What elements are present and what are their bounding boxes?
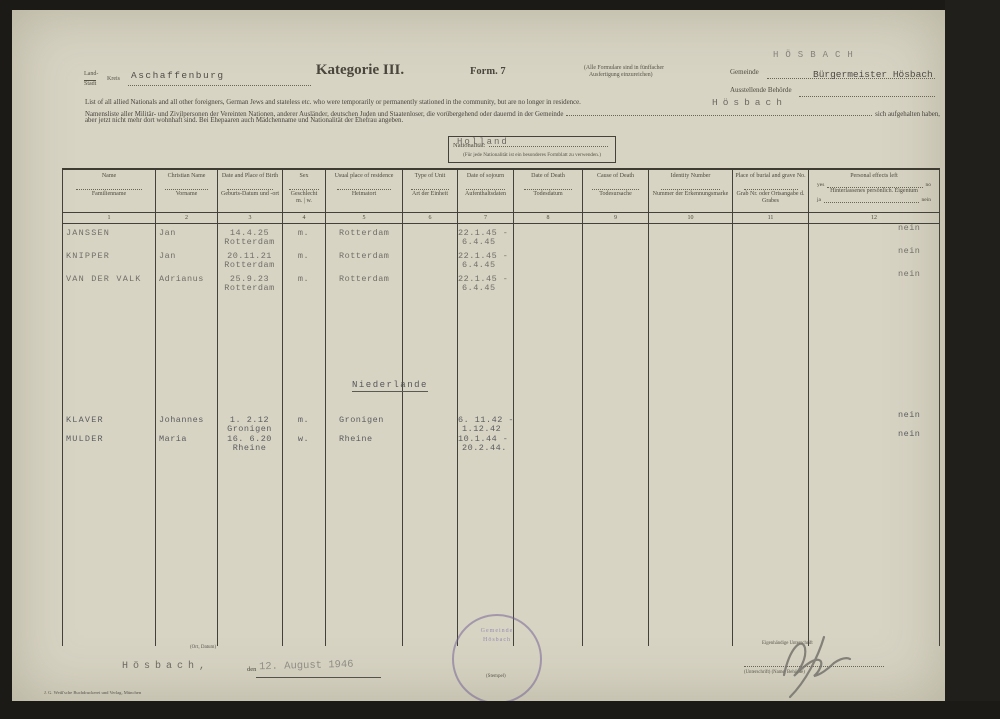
entry-sojourn-to: 6.4.45 <box>462 261 514 270</box>
col12-num: 12 <box>809 213 939 223</box>
entry-residence: Rotterdam <box>339 275 419 284</box>
col10-num: 10 <box>649 213 733 223</box>
col5-de: Heimatort <box>326 191 402 198</box>
entry-residence: Rotterdam <box>339 229 419 238</box>
col9-de: Todesursache <box>583 191 648 198</box>
intro-english: List of all allied Nationals and all oth… <box>85 99 940 106</box>
col12-ja-nein: ja nein <box>809 195 939 203</box>
gemeinde-label: Gemeinde <box>730 68 759 76</box>
entry-sojourn-to: 1.12.42 <box>462 425 514 434</box>
land-label: Land- <box>84 71 98 78</box>
scanned-form-page: Land- Stadt Kreis Aschaffenburg Kategori… <box>0 0 1000 719</box>
col7-num: 7 <box>458 213 514 223</box>
scan-border-top <box>0 0 1000 10</box>
col4-de: Geschlecht <box>283 191 325 198</box>
col-header-10: Identity Number Nummer der Erkennungsmar… <box>649 170 733 212</box>
col1-num: 1 <box>63 213 156 223</box>
column-number-row: 1 2 3 4 5 6 7 8 9 10 11 12 <box>62 212 940 224</box>
entry-sojourn-to: 6.4.45 <box>462 238 514 247</box>
entry-given: Adrianus <box>159 275 215 284</box>
entry-given: Johannes <box>159 416 215 425</box>
entry-given: Jan <box>159 229 215 238</box>
entry-birth-place: Rotterdam <box>217 238 282 247</box>
signature-handwriting <box>772 633 864 699</box>
nationality-value: Holland <box>457 137 509 147</box>
stadt-label: Stadt <box>84 80 96 88</box>
col11-de: Grab Nr. oder Ortsangabe d. Grabes <box>733 191 808 205</box>
ort-datum-label: (Ort, Datum) <box>190 645 216 651</box>
entry-given: Jan <box>159 252 215 261</box>
nationality-note: (Für jede Nationalität ist ein besondere… <box>453 152 611 158</box>
intro-german-part2: sich aufgehalten haben, <box>875 111 940 118</box>
entry-sex: m. <box>282 416 325 425</box>
col-header-4: Sex Geschlecht m. | w. <box>283 170 326 212</box>
col-header-7: Date of sojourn Aufenthaltsdaten <box>458 170 514 212</box>
col12-yes-no: yes no <box>809 180 939 188</box>
scan-border-right <box>945 0 1000 719</box>
col-header-8: Date of Death Todesdatum <box>514 170 583 212</box>
entry-surname: VAN DER VALK <box>66 275 158 284</box>
form-number: Form. 7 <box>470 66 506 77</box>
col11-en: Place of burial and grave No. <box>733 173 808 188</box>
col1-en: Name <box>63 173 155 188</box>
col8-de: Todesdatum <box>514 191 582 198</box>
gemeinde-blank-dotted <box>566 108 872 116</box>
entry-residence: Gronigen <box>339 416 419 425</box>
entry-birth-place: Rotterdam <box>217 261 282 270</box>
scan-border-left <box>0 0 12 719</box>
entry-sojourn-to: 20.2.44. <box>462 444 514 453</box>
stamp-text-line2: Hösbach <box>467 637 527 644</box>
entry-sex: w. <box>282 435 325 444</box>
entry-given: Maria <box>159 435 215 444</box>
entry-sex: m. <box>282 252 325 261</box>
place-value: Hösbach, <box>122 661 210 672</box>
behoerde-dotted-line <box>799 85 935 97</box>
entry-sojourn-to: 6.4.45 <box>462 284 514 293</box>
col4-en: Sex <box>283 173 325 188</box>
entry-effects: nein <box>898 411 934 420</box>
entry-residence: Rheine <box>339 435 419 444</box>
col2-num: 2 <box>156 213 218 223</box>
kreis-value: Aschaffenburg <box>131 70 225 81</box>
col12-nein: nein <box>922 197 931 203</box>
intro-german-line2: aber jetzt nicht mehr dort wohnhaft sind… <box>85 117 403 124</box>
entry-surname: KNIPPER <box>66 252 158 261</box>
stamp-text-line1: Gemeinde <box>467 628 527 635</box>
entry-effects: nein <box>898 430 934 439</box>
entry-effects: nein <box>898 224 934 233</box>
col5-en: Usual place of residence <box>326 173 402 188</box>
entry-residence: Rotterdam <box>339 252 419 261</box>
col10-de: Nummer der Erkennungsmarke <box>649 191 732 198</box>
col-header-11: Place of burial and grave No. Grab Nr. o… <box>733 170 809 212</box>
col-header-3: Date and Place of Birth Geburts-Datum un… <box>218 170 283 212</box>
entry-birth-place: Rheine <box>217 444 282 453</box>
scan-border-bottom <box>0 701 1000 719</box>
entry-effects: nein <box>898 270 934 279</box>
entry-effects: nein <box>898 247 934 256</box>
col2-en: Christian Name <box>156 173 217 188</box>
col-header-1: Name Familienname <box>63 170 156 212</box>
col9-en: Cause of Death <box>583 173 648 188</box>
col3-en: Date and Place of Birth <box>218 173 282 188</box>
printer-imprint: J. G. Weiß'sche Buchdruckerei und Verlag… <box>44 690 141 695</box>
table-header: Name Familienname Christian Name Vorname… <box>62 168 940 212</box>
kreis-label: Kreis <box>107 76 120 83</box>
col7-en: Date of sojourn <box>458 173 513 188</box>
col12-ja: ja <box>817 197 821 203</box>
col-header-5: Usual place of residence Heimatort <box>326 170 403 212</box>
entry-birth-place: Rotterdam <box>217 284 282 293</box>
col9-num: 9 <box>583 213 649 223</box>
col-header-6: Type of Unit Art der Einheit <box>403 170 458 212</box>
entry-birth-place: Gronigen <box>217 425 282 434</box>
stempel-label: (Stempel) <box>486 674 506 680</box>
col1-de: Familienname <box>63 191 155 198</box>
entry-surname: JANSSEN <box>66 229 158 238</box>
col7-de: Aufenthaltsdaten <box>458 191 513 198</box>
entry-surname: KLAVER <box>66 416 158 425</box>
entry-sex: m. <box>282 275 325 284</box>
col6-num: 6 <box>403 213 458 223</box>
col6-en: Type of Unit <box>403 173 457 188</box>
col6-de: Art der Einheit <box>403 191 457 198</box>
col-header-9: Cause of Death Todesursache <box>583 170 649 212</box>
col11-num: 11 <box>733 213 809 223</box>
copies-note-line1: (Alle Formulare sind in fünffacher <box>584 65 664 71</box>
col2-de: Vorname <box>156 191 217 198</box>
date-value: 12. August 1946 <box>259 659 354 673</box>
col3-de: Geburts-Datum und -ort <box>218 191 282 198</box>
col4-num: 4 <box>283 213 326 223</box>
col-header-12: Personal effects left yes no Hinterlasse… <box>809 170 939 212</box>
col10-en: Identity Number <box>649 173 732 188</box>
col8-num: 8 <box>514 213 583 223</box>
entry-sex: m. <box>282 229 325 238</box>
page-title: Kategorie III. <box>260 62 460 79</box>
group-heading-niederlande: Niederlande <box>352 381 428 392</box>
col8-en: Date of Death <box>514 173 582 188</box>
col-header-2: Christian Name Vorname <box>156 170 218 212</box>
den-label: den <box>247 666 256 673</box>
copies-note-line2: Ausfertigung einzureichen) <box>589 72 653 78</box>
col12-en: Personal effects left <box>809 173 939 180</box>
col12-de: Hinterlassenes persönlich. Eigentum <box>809 188 939 195</box>
entry-surname: MULDER <box>66 435 158 444</box>
gemeinde-value: Bürgermeister Hösbach <box>813 69 933 80</box>
col3-num: 3 <box>218 213 283 223</box>
behoerde-label: Ausstellende Behörde <box>730 86 792 94</box>
col5-num: 5 <box>326 213 403 223</box>
col4-de2: m. | w. <box>283 198 325 205</box>
district-stamp-text: HÖSBACH <box>773 50 860 60</box>
